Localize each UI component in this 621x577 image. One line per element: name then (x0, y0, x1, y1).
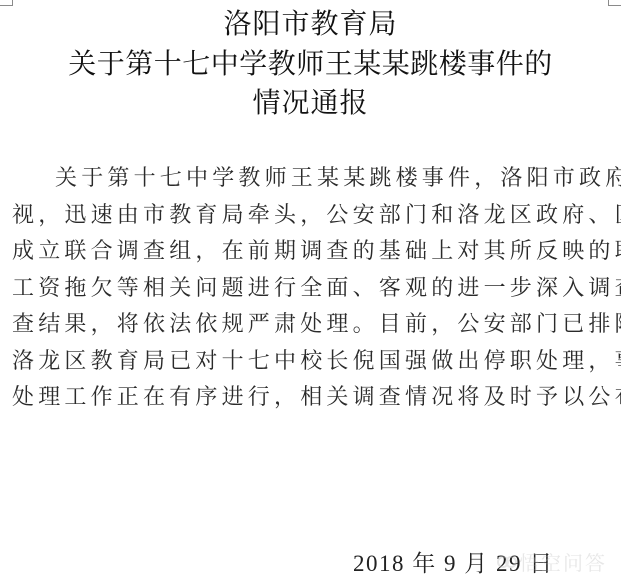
crop-mark-top-right (608, 0, 621, 6)
watermark: 悟空问答 (497, 547, 607, 576)
body-line: 处理工作正在有序进行，相关调查情况将及时予以公布。 (12, 383, 612, 420)
crop-mark-top-left (0, 0, 13, 6)
title-line-subject: 关于第十七中学教师王某某跳楼事件的 (0, 48, 621, 80)
wukong-logo-icon (497, 555, 515, 569)
title-line-type: 情况通报 (0, 87, 621, 119)
body-line: 视，迅速由市教育局牵头，公安部门和洛龙区政府、区纪委监委 (12, 201, 612, 238)
body-line: 洛龙区教育局已对十七中校长倪国强做出停职处理，事件的善后 (12, 347, 612, 384)
body-line: 查结果，将依法依规严肃处理。目前，公安部门已排除刑事案件， (12, 310, 612, 347)
document-body: 关于第十七中学教师王某某跳楼事件，洛阳市政府高度重 视，迅速由市教育局牵头，公安… (12, 164, 612, 420)
title-line-issuer: 洛阳市教育局 (0, 8, 621, 40)
body-line: 成立联合调查组，在前期调查的基础上对其所反映的职称评定、 (12, 237, 612, 274)
body-line: 工资拖欠等相关问题进行全面、客观的进一步深入调查，根据调 (12, 274, 612, 311)
watermark-text: 悟空问答 (519, 547, 607, 576)
body-line: 关于第十七中学教师王某某跳楼事件，洛阳市政府高度重 (12, 164, 612, 201)
